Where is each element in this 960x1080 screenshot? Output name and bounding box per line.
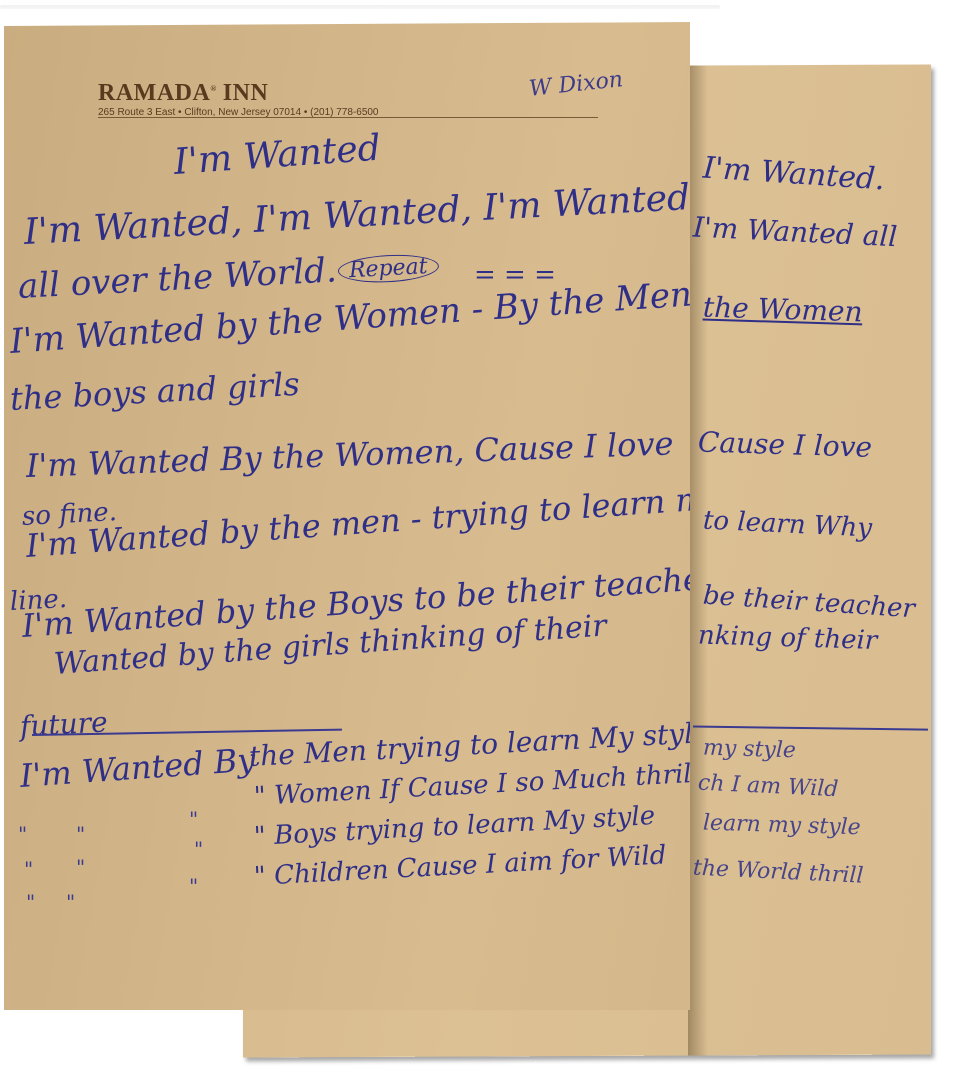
back-line: I'm Wanted. <box>702 151 886 198</box>
back-rule-line <box>693 726 928 731</box>
lyric-title: I'm Wanted <box>173 128 382 183</box>
back-line: my style <box>703 735 797 763</box>
brand-suffix: INN <box>223 80 269 106</box>
photo-stage: I'm Wanted. I'm Wanted all the Women Cau… <box>0 0 960 1080</box>
lyric-line: I'm Wanted, I'm Wanted, I'm Wanted. <box>23 177 703 253</box>
back-line: ch I am Wild <box>697 771 839 803</box>
ditto-mark: " <box>76 822 85 846</box>
lyric-line: future <box>19 705 108 743</box>
registered-mark: ® <box>210 84 216 93</box>
front-sheet: RAMADA®INN 265 Route 3 East • Clifton, N… <box>4 22 690 1010</box>
back-line: Cause I love <box>697 426 872 464</box>
lyric-line: I'm Wanted by the men - trying to learn … <box>25 478 725 565</box>
ditto-mark: " <box>189 874 198 898</box>
letterhead-brand: RAMADA®INN <box>98 80 379 107</box>
lyric-line: I'm Wanted By <box>19 741 257 795</box>
back-line: to learn Why <box>702 506 873 544</box>
back-line: be their teacher <box>702 581 916 625</box>
ditto-mark: " <box>194 837 203 861</box>
back-line: learn my style <box>703 810 862 840</box>
ditto-mark: " <box>26 890 35 914</box>
ditto-mark: " <box>76 855 85 879</box>
back-line: I'm Wanted all <box>692 211 898 254</box>
brand-name: RAMADA <box>98 80 210 106</box>
lyric-line: all over the World. <box>17 250 338 307</box>
lyric-line: the boys and girls <box>9 365 301 418</box>
letterhead-rule <box>98 117 598 118</box>
ditto-mark: " <box>66 890 75 914</box>
ditto-mark: " <box>24 857 33 881</box>
back-line: the Women <box>702 291 863 329</box>
lyric-line: I'm Wanted By the Women, Cause I love <box>25 424 674 485</box>
back-line: nking of their <box>697 621 877 656</box>
scan-edge-shadow <box>0 5 720 9</box>
ditto-mark: " <box>189 807 198 831</box>
letterhead: RAMADA®INN 265 Route 3 East • Clifton, N… <box>98 80 379 118</box>
signature: W Dixon <box>528 67 624 102</box>
repeat-circle: Repeat <box>337 253 439 285</box>
ditto-mark: " <box>18 822 27 846</box>
back-line: the World thrill <box>692 856 864 889</box>
repeat-note: Repeat <box>333 253 439 285</box>
